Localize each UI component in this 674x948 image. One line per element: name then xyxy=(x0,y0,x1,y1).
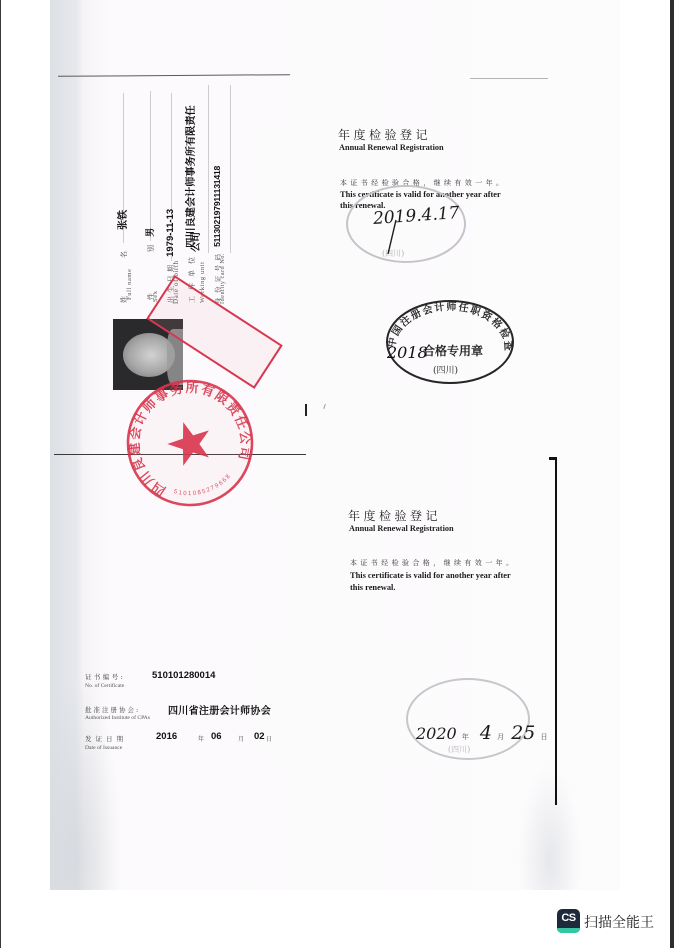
company-seal: 四川良建会计师事务所有限责任公司 5101085279668 xyxy=(124,377,256,509)
institute: 四川省注册会计师协会 xyxy=(168,702,271,717)
renewal-2-stamp-bottom: (四川) xyxy=(448,744,470,754)
renewal-1-stamp-bottom: (四川) xyxy=(382,248,404,258)
id-label-en: Identity card No. xyxy=(220,253,226,304)
scan-viewer: 姓 名 张铁 Full name 性 别 男 Sex 出生日期 1979-11-… xyxy=(0,0,674,948)
renewal-2-note-cn: 本证书经检验合格，继续有效一年。 xyxy=(350,558,516,568)
date-label-cn: 发证日期 xyxy=(85,734,127,743)
issue-day: 02 xyxy=(254,731,265,742)
logo-text-cs: CS xyxy=(557,912,580,924)
renewal-2-title-cn: 年度检验登记 xyxy=(348,507,441,524)
renewal-2-note-en-1: This certificate is valid for another ye… xyxy=(350,571,511,580)
camscanner-logo-icon: CS xyxy=(557,909,580,933)
viewer-border-left xyxy=(0,0,1,948)
cert-no-label-cn: 证书编号: xyxy=(85,672,125,681)
holder-unit-line1: 四川良建会计师事务所有限责任 xyxy=(186,105,197,248)
name-label-en: Full name xyxy=(127,268,134,300)
renewal-2-hand-year: 2020 xyxy=(416,724,457,743)
institute-label-en: Authorized Institute of CPAs xyxy=(85,715,150,721)
renewal-2-day-unit: 日 xyxy=(540,733,547,741)
viewer-border-right xyxy=(670,0,674,948)
inspection-center-text: 合格专用章 xyxy=(423,343,483,358)
holder-dob: 1979-11-13 xyxy=(165,209,176,257)
app-watermark: 扫描全能王 xyxy=(584,912,654,932)
institute-label-cn: 批准注册协会: xyxy=(85,705,140,714)
renewal-2-hand-month: 4 xyxy=(480,722,492,744)
holder-name: 张铁 xyxy=(118,210,129,230)
renewal-2-stamp: (四川) xyxy=(404,676,532,762)
renewal-2-handwritten-date: 2020 年 4 月 25 日 xyxy=(416,722,547,744)
holder-unit-line2: 公司 xyxy=(192,232,202,252)
inspection-bottom-text: (四川) xyxy=(433,365,458,376)
holder-info-block: 姓 名 张铁 Full name 性 别 男 Sex 出生日期 1979-11-… xyxy=(112,75,232,305)
page-edge-line xyxy=(555,459,557,805)
issue-year: 2016 xyxy=(156,731,177,742)
top-rule-faint xyxy=(470,78,548,79)
renewal-2-month-unit: 月 xyxy=(497,733,504,741)
issue-day-unit: 日 xyxy=(266,734,272,743)
renewal-2-year-unit: 年 xyxy=(462,733,469,741)
issue-year-unit: 年 xyxy=(198,734,204,743)
renewal-2-hand-day: 25 xyxy=(511,722,535,744)
issue-month: 06 xyxy=(211,731,222,742)
holder-sex: 男 xyxy=(145,228,155,237)
unit-row: 工作单位 四川良建会计师事务所有限责任 xyxy=(181,105,197,303)
date-label-en: Date of Issuance xyxy=(85,745,122,751)
renewal-2-note-en-2: this renewal. xyxy=(350,583,395,592)
inspection-stamp: 中国注册会计师任职资格检查 合格专用章 (四川) 2018 xyxy=(383,296,517,386)
mark xyxy=(305,404,307,416)
renewal-2-title-en: Annual Renewal Registration xyxy=(349,524,454,533)
renewal-1-title-en: Annual Renewal Registration xyxy=(339,143,444,152)
renewal-1-title-cn: 年度检验登记 xyxy=(338,126,431,143)
cert-no-label-en: No. of Certificate xyxy=(85,683,124,689)
issue-month-unit: 月 xyxy=(238,734,244,743)
cert-no: 510101280014 xyxy=(152,670,215,681)
inspection-handwriting: 2018 xyxy=(386,343,428,362)
holder-id: 511302197911131418 xyxy=(212,166,222,247)
